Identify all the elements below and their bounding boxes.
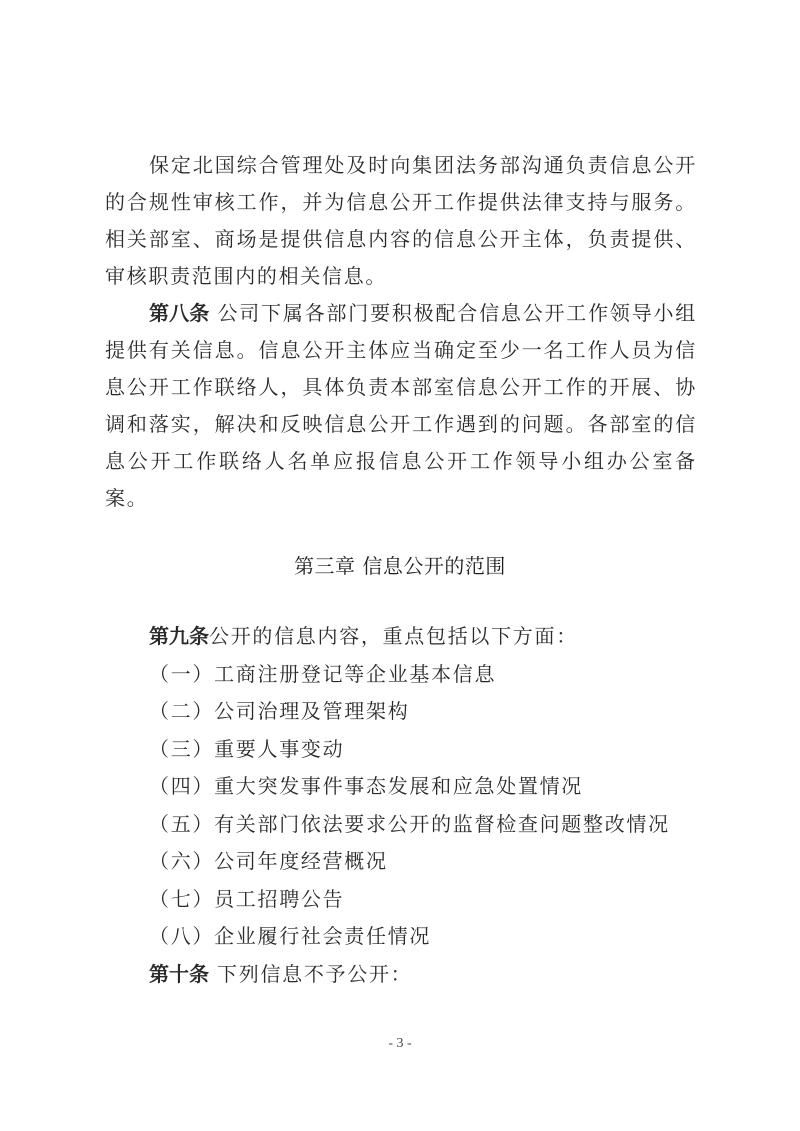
article-10-heading: 第十条 下列信息不予公开： <box>149 956 709 994</box>
article-8-text: 公司下属各部门要积极配合信息公开工作领导小组提供有关信息。信息公开主体应当确定至… <box>105 301 697 510</box>
list-item: （七）员工招聘公告 <box>149 881 709 919</box>
article-9-heading: 第九条公开的信息内容，重点包括以下方面： <box>149 618 709 656</box>
chapter-title: 第三章 信息公开的范围 <box>0 550 800 579</box>
article-10-text: 下列信息不予公开： <box>209 962 412 986</box>
article-10-label: 第十条 <box>149 962 209 986</box>
list-item: （五）有关部门依法要求公开的监督检查问题整改情况 <box>149 806 709 844</box>
list-item: （八）企业履行社会责任情况 <box>149 918 709 956</box>
document-page: 保定北国综合管理处及时向集团法务部沟通负责信息公开的合规性审核工作，并为信息公开… <box>0 0 800 1131</box>
article-9-text: 公开的信息内容，重点包括以下方面： <box>209 624 578 648</box>
list-item: （一）工商注册登记等企业基本信息 <box>149 656 709 694</box>
list-item: （六）公司年度经营概况 <box>149 843 709 881</box>
article-8-section: 第八条 公司下属各部门要积极配合信息公开工作领导小组提供有关信息。信息公开主体应… <box>105 295 697 517</box>
list-item: （三）重要人事变动 <box>149 731 709 769</box>
intro-section: 保定北国综合管理处及时向集团法务部沟通负责信息公开的合规性审核工作，并为信息公开… <box>105 147 697 295</box>
article-9-section: 第九条公开的信息内容，重点包括以下方面： （一）工商注册登记等企业基本信息 （二… <box>149 618 709 993</box>
page-number: - 3 - <box>0 1036 800 1052</box>
article-9-label: 第九条 <box>149 624 209 648</box>
list-item: （二）公司治理及管理架构 <box>149 693 709 731</box>
list-item: （四）重大突发事件事态发展和应急处置情况 <box>149 768 709 806</box>
intro-paragraph: 保定北国综合管理处及时向集团法务部沟通负责信息公开的合规性审核工作，并为信息公开… <box>105 147 697 295</box>
article-8-label: 第八条 <box>149 301 209 325</box>
article-8-paragraph: 第八条 公司下属各部门要积极配合信息公开工作领导小组提供有关信息。信息公开主体应… <box>105 295 697 517</box>
